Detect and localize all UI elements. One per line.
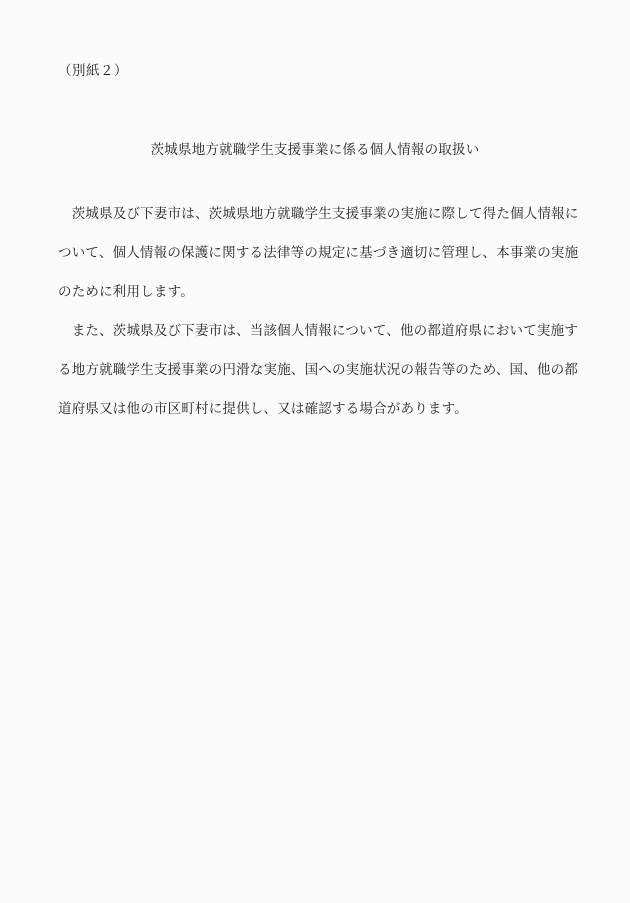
- paragraph-2: また、茨城県及び下妻市は、当該個人情報について、他の都道府県において実施す る地…: [58, 311, 568, 428]
- document-body: 茨城県及び下妻市は、茨城県地方就職学生支援事業の実施に際して得た個人情報に つい…: [58, 194, 568, 428]
- document-page: （別紙２） 茨城県地方就職学生支援事業に係る個人情報の取扱い 茨城県及び下妻市は…: [0, 0, 630, 903]
- document-title: 茨城県地方就職学生支援事業に係る個人情報の取扱い: [0, 140, 630, 160]
- paragraph-1: 茨城県及び下妻市は、茨城県地方就職学生支援事業の実施に際して得た個人情報に つい…: [58, 194, 568, 311]
- attachment-label: （別紙２）: [58, 61, 128, 81]
- text-line: る地方就職学生支援事業の円滑な実施、国への実施状況の報告等のため、国、他の都: [58, 350, 568, 389]
- text-line: ついて、個人情報の保護に関する法律等の規定に基づき適切に管理し、本事業の実施: [58, 233, 568, 272]
- text-line: また、茨城県及び下妻市は、当該個人情報について、他の都道府県において実施す: [58, 311, 568, 350]
- text-line: 茨城県及び下妻市は、茨城県地方就職学生支援事業の実施に際して得た個人情報に: [58, 194, 568, 233]
- text-line: 道府県又は他の市区町村に提供し、又は確認する場合があります。: [58, 389, 568, 428]
- text-line: のために利用します。: [58, 272, 568, 311]
